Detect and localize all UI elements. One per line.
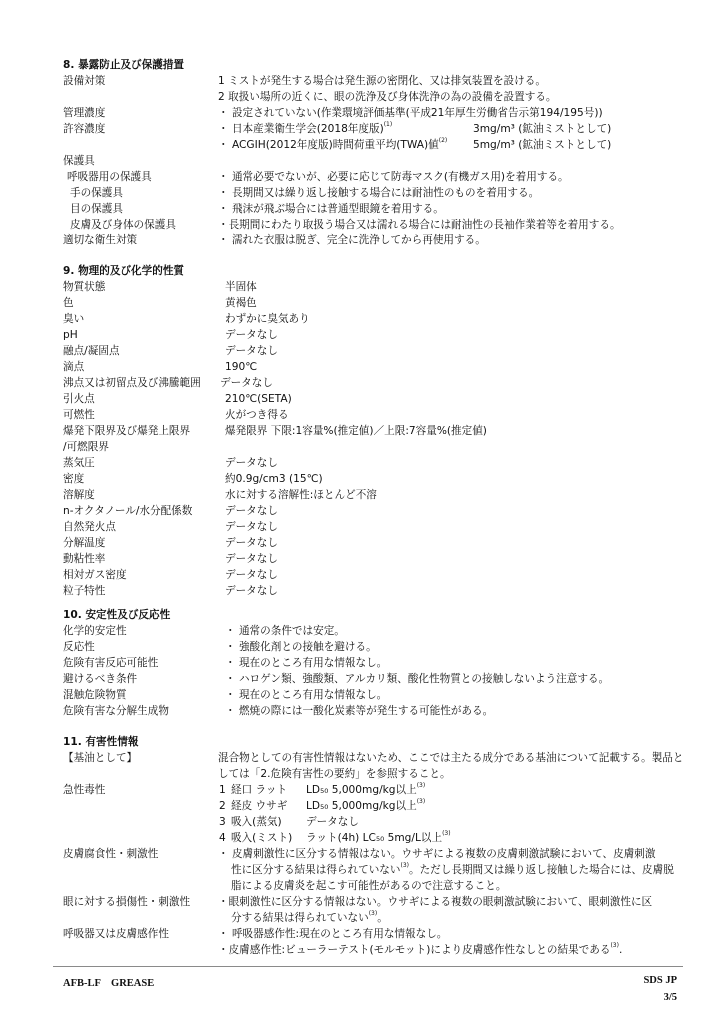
property-row: 融点/凝固点データなし xyxy=(0,343,723,359)
resp-value: ・ 通常必要でないが、必要に応じて防毒マスク(有機ガス用)を着用する。 xyxy=(218,169,569,185)
skin-line-2b: 。ただし長期間又は繰り返し接触した場合には、皮膚脱 xyxy=(409,864,674,876)
property-value: データなし xyxy=(225,583,278,599)
acute-result: 5mg/L以上 xyxy=(384,832,442,844)
hand-label: 手の保護具 xyxy=(70,185,123,201)
allow-label: 許容濃度 xyxy=(63,121,105,137)
property-row: 自然発火点データなし xyxy=(0,519,723,535)
stability-row: 反応性・ 強酸化剤との接触を避ける。 xyxy=(0,639,723,655)
acute-metric: LD xyxy=(306,800,320,812)
allow-1: ・ 日本産業衛生学会(2018年度版)(1) xyxy=(218,121,392,137)
acute-route: 吸入(ミスト) xyxy=(231,830,292,846)
acute-value: LD50 5,000mg/kg以上(3) xyxy=(306,782,425,799)
stability-label: 危険有害反応可能性 xyxy=(63,655,158,671)
sens-line-2-end: . xyxy=(619,944,622,956)
resp-row: 呼吸器用の保護具 ・ 通常必要でないが、必要に応じて防毒マスク(有機ガス用)を着… xyxy=(0,169,723,185)
acute-toxicity-row: 1経口 ラットLD50 5,000mg/kg以上(3) xyxy=(0,782,723,798)
property-value: データなし xyxy=(225,455,278,471)
property-value: わずかに臭気あり xyxy=(225,311,310,327)
ppe-row: 保護具 xyxy=(0,153,723,169)
acute-number: 1 xyxy=(219,782,226,798)
property-label: 溶解度 xyxy=(63,487,95,503)
allow-2-ref: (2) xyxy=(439,137,448,144)
property-label: 動粘性率 xyxy=(63,551,105,567)
property-value: 190℃ xyxy=(225,359,257,375)
acute-number: 4 xyxy=(219,830,226,846)
base-oil-row: 【基油として】 混合物としての有害性情報はないため、ここでは主たる成分である基油… xyxy=(0,750,723,766)
base-oil-line-2: しては「2.危険有害性の要約」を参照すること。 xyxy=(218,766,451,782)
allow-row-2: ・ ACGIH(2012年度版)時間荷重平均(TWA)値(2) 5mg/m³ (… xyxy=(0,137,723,153)
equipment-row-2: 2 取扱い場所の近くに、眼の洗浄及び身体洗浄の為の設備を設置する。 xyxy=(0,89,723,105)
property-label: 可燃性 xyxy=(63,407,95,423)
acute-toxicity-row: 4吸入(ミスト)ラット(4h) LC50 5mg/L以上(3) xyxy=(0,830,723,846)
acute-ref: (3) xyxy=(417,798,426,805)
stability-label: 混触危険物質 xyxy=(63,687,127,703)
property-label: pH xyxy=(63,327,78,343)
property-label: 色 xyxy=(63,295,74,311)
stability-value: ・ 通常の条件では安定。 xyxy=(225,623,345,639)
skin-label: 皮膚及び身体の保護具 xyxy=(70,217,176,233)
control-value: ・ 設定されていない(作業環境評価基準(平成21年厚生労働省告示第194/195… xyxy=(218,105,603,121)
eye-irritation-row-2: 分する結果は得られていない(3)。 xyxy=(0,910,723,926)
sensitization-row-2: ・皮膚感作性:ビューラーテスト(モルモット)により皮膚感作性なしとの結果である(… xyxy=(0,942,723,958)
acute-route: 経口 ラット xyxy=(231,782,287,798)
property-row: 引火点210℃(SETA) xyxy=(0,391,723,407)
eye-irritation-row: 眼に対する損傷性・刺激性 ・眼刺激性に区分する情報はない。ウサギによる複数の眼刺… xyxy=(0,894,723,910)
acute-route: 経皮 ウサギ xyxy=(231,798,287,814)
acute-toxicity-row: 3吸入(蒸気)データなし xyxy=(0,814,723,830)
property-label: n-オクタノール/水分配係数 xyxy=(63,503,192,519)
footer-divider xyxy=(53,966,683,967)
property-label: /可燃限界 xyxy=(63,439,109,455)
property-value: データなし xyxy=(225,327,278,343)
skin-irritation-row-3: 脂による皮膚炎を起こす可能性があるので注意すること。 xyxy=(0,878,723,894)
property-label: 融点/凝固点 xyxy=(63,343,120,359)
property-value: データなし xyxy=(225,343,278,359)
eye-line-2b: 。 xyxy=(377,912,388,924)
resp-label: 呼吸器用の保護具 xyxy=(67,169,152,185)
skin-irritation-row-2: 性に区分する結果は得られていない(3)。ただし長期間又は繰り返し接触した場合には… xyxy=(0,862,723,878)
skin-irritation-line-2: 性に区分する結果は得られていない(3)。ただし長期間又は繰り返し接触した場合には… xyxy=(231,862,674,878)
property-row: 可燃性火がつき得る xyxy=(0,407,723,423)
section-9-header-row: 9. 物理的及び化学的性質 xyxy=(0,263,723,279)
property-label: 物質状態 xyxy=(63,279,105,295)
sens-line-2-text: ・皮膚感作性:ビューラーテスト(モルモット)により皮膚感作性なしとの結果である xyxy=(218,944,610,956)
section-11-title: 11. 有害性情報 xyxy=(63,734,138,750)
section-10-title: 10. 安定性及び反応性 xyxy=(63,607,170,623)
property-value: 爆発限界 下限:1容量%(推定値)／上限:7容量%(推定値) xyxy=(225,423,487,439)
allow-1-text: ・ 日本産業衛生学会(2018年度版) xyxy=(218,123,384,135)
hygiene-row: 適切な衛生対策 ・ 濡れた衣服は脱ぎ、完全に洗浄してから再使用する。 xyxy=(0,232,723,248)
section-8-header-row: 8. 暴露防止及び保護措置 xyxy=(0,57,723,73)
hygiene-label: 適切な衛生対策 xyxy=(63,232,137,248)
acute-route: 吸入(蒸気) xyxy=(231,814,282,830)
property-label: 自然発火点 xyxy=(63,519,116,535)
property-value: データなし xyxy=(220,375,273,391)
property-row: 動粘性率データなし xyxy=(0,551,723,567)
property-row: /可燃限界 xyxy=(0,439,723,455)
property-label: 密度 xyxy=(63,471,84,487)
equipment-row: 設備対策 1 ミストが発生する場合は発生源の密閉化、又は排気装置を設ける。 xyxy=(0,73,723,89)
footer-page-number: 3/5 xyxy=(664,992,677,1003)
skin-row: 皮膚及び身体の保護具 ・長期間にわたり取扱う場合又は濡れる場合には耐油性の長袖作… xyxy=(0,217,723,233)
property-value: 半固体 xyxy=(225,279,257,295)
property-row: 色黄褐色 xyxy=(0,295,723,311)
skin-irritation-row: 皮膚腐食性・刺激性 ・ 皮膚刺激性に区分する情報はない。ウサギによる複数の皮膚刺… xyxy=(0,846,723,862)
stability-label: 避けるべき条件 xyxy=(63,671,137,687)
property-row: 物質状態半固体 xyxy=(0,279,723,295)
sensitization-line-1: ・ 呼吸器感作性:現在のところ有用な情報なし。 xyxy=(218,926,447,942)
section-9-title: 9. 物理的及び化学的性質 xyxy=(63,263,184,279)
equipment-value-1: 1 ミストが発生する場合は発生源の密閉化、又は排気装置を設ける。 xyxy=(218,73,546,89)
sensitization-row: 呼吸器又は皮膚感作性 ・ 呼吸器感作性:現在のところ有用な情報なし。 xyxy=(0,926,723,942)
property-row: 滴点190℃ xyxy=(0,359,723,375)
acute-metric-sub: 50 xyxy=(376,835,384,843)
eye-line-2a: 分する結果は得られていない xyxy=(231,912,369,924)
property-row: 相対ガス密度データなし xyxy=(0,567,723,583)
sensitization-label: 呼吸器又は皮膚感作性 xyxy=(63,926,169,942)
property-label: 蒸気圧 xyxy=(63,455,95,471)
acute-result: 5,000mg/kg以上 xyxy=(328,784,416,796)
control-label: 管理濃度 xyxy=(63,105,105,121)
footer-doc-type: SDS JP xyxy=(643,975,677,986)
ppe-label: 保護具 xyxy=(63,153,95,169)
eye-irritation-label: 眼に対する損傷性・刺激性 xyxy=(63,894,190,910)
property-label: 粒子特性 xyxy=(63,583,105,599)
section-11-header-row: 11. 有害性情報 xyxy=(0,734,723,750)
section-8-title: 8. 暴露防止及び保護措置 xyxy=(63,57,184,73)
stability-value: ・ 燃焼の際には一酸化炭素等が発生する可能性がある。 xyxy=(225,703,493,719)
property-label: 沸点又は初留点及び沸騰範囲 xyxy=(63,375,201,391)
stability-label: 危険有害な分解生成物 xyxy=(63,703,169,719)
property-label: 分解温度 xyxy=(63,535,105,551)
equipment-label: 設備対策 xyxy=(63,73,105,89)
property-label: 臭い xyxy=(63,311,84,327)
property-label: 引火点 xyxy=(63,391,95,407)
property-row: 沸点又は初留点及び沸騰範囲データなし xyxy=(0,375,723,391)
property-value: データなし xyxy=(225,535,278,551)
stability-row: 危険有害な分解生成物・ 燃焼の際には一酸化炭素等が発生する可能性がある。 xyxy=(0,703,723,719)
stability-label: 反応性 xyxy=(63,639,95,655)
sensitization-line-2: ・皮膚感作性:ビューラーテスト(モルモット)により皮膚感作性なしとの結果である(… xyxy=(218,942,622,958)
sds-page: 8. 暴露防止及び保護措置 設備対策 1 ミストが発生する場合は発生源の密閉化、… xyxy=(0,0,723,1024)
allow-2: ・ ACGIH(2012年度版)時間荷重平均(TWA)値(2) xyxy=(218,137,447,153)
stability-value: ・ 現在のところ有用な情報なし。 xyxy=(225,687,387,703)
property-value: 約0.9g/cm3 (15℃) xyxy=(225,471,323,487)
stability-value: ・ 現在のところ有用な情報なし。 xyxy=(225,655,387,671)
property-row: 分解温度データなし xyxy=(0,535,723,551)
property-row: 溶解度水に対する溶解性:ほとんど不溶 xyxy=(0,487,723,503)
equipment-value-2: 2 取扱い場所の近くに、眼の洗浄及び身体洗浄の為の設備を設置する。 xyxy=(218,89,557,105)
acute-metric: LD xyxy=(306,784,320,796)
acute-value: データなし xyxy=(306,814,359,831)
property-value: データなし xyxy=(225,551,278,567)
stability-row: 混触危険物質・ 現在のところ有用な情報なし。 xyxy=(0,687,723,703)
eye-irritation-line-2: 分する結果は得られていない(3)。 xyxy=(231,910,388,926)
control-row: 管理濃度 ・ 設定されていない(作業環境評価基準(平成21年厚生労働省告示第19… xyxy=(0,105,723,121)
skin-value: ・長期間にわたり取扱う場合又は濡れる場合には耐油性の長袖作業着等を着用する。 xyxy=(218,217,621,233)
property-row: 臭いわずかに臭気あり xyxy=(0,311,723,327)
sens-line-2-ref: (3) xyxy=(610,942,619,949)
acute-ref: (3) xyxy=(417,782,426,789)
stability-value: ・ 強酸化剤との接触を避ける。 xyxy=(225,639,377,655)
base-oil-line-1: 混合物としての有害性情報はないため、ここでは主たる成分である基油について記載する… xyxy=(218,750,684,766)
property-value: データなし xyxy=(225,567,278,583)
eye-value: ・ 飛沫が飛ぶ場合には普通型眼鏡を着用する。 xyxy=(218,201,444,217)
stability-row: 化学的安定性・ 通常の条件では安定。 xyxy=(0,623,723,639)
allow-2-value: 5mg/m³ (鉱油ミストとして) xyxy=(473,137,611,153)
hand-value: ・ 長期間又は繰り返し接触する場合には耐油性のものを着用する。 xyxy=(218,185,539,201)
allow-1-ref: (1) xyxy=(384,121,393,128)
property-value: 火がつき得る xyxy=(225,407,289,423)
acute-toxicity-row: 2経皮 ウサギLD50 5,000mg/kg以上(3) xyxy=(0,798,723,814)
allow-row-1: 許容濃度 ・ 日本産業衛生学会(2018年度版)(1) 3mg/m³ (鉱油ミス… xyxy=(0,121,723,137)
hand-row: 手の保護具 ・ 長期間又は繰り返し接触する場合には耐油性のものを着用する。 xyxy=(0,185,723,201)
property-label: 爆発下限界及び爆発上限界 xyxy=(63,423,190,439)
property-row: 蒸気圧データなし xyxy=(0,455,723,471)
acute-value: ラット(4h) LC50 5mg/L以上(3) xyxy=(306,830,451,847)
property-value: データなし xyxy=(225,503,278,519)
property-label: 相対ガス密度 xyxy=(63,567,127,583)
allow-2-text: ・ ACGIH(2012年度版)時間荷重平均(TWA)値 xyxy=(218,139,439,151)
acute-metric: ラット(4h) LC xyxy=(306,832,376,844)
eye-row: 目の保護具 ・ 飛沫が飛ぶ場合には普通型眼鏡を着用する。 xyxy=(0,201,723,217)
skin-irritation-line-1: ・ 皮膚刺激性に区分する情報はない。ウサギによる複数の皮膚刺激試験において、皮膚… xyxy=(218,846,656,862)
property-value: 水に対する溶解性:ほとんど不溶 xyxy=(225,487,377,503)
stability-value: ・ ハロゲン類、強酸類、アルカリ類、酸化性物質との接触しないよう注意する。 xyxy=(225,671,609,687)
acute-result: データなし xyxy=(306,816,359,828)
property-row: n-オクタノール/水分配係数データなし xyxy=(0,503,723,519)
acute-ref: (3) xyxy=(442,830,451,837)
property-row: 粒子特性データなし xyxy=(0,583,723,599)
acute-number: 2 xyxy=(219,798,226,814)
acute-value: LD50 5,000mg/kg以上(3) xyxy=(306,798,425,815)
property-value: 黄褐色 xyxy=(225,295,257,311)
skin-irritation-line-3: 脂による皮膚炎を起こす可能性があるので注意すること。 xyxy=(231,878,506,894)
footer-product: AFB-LF GREASE xyxy=(63,975,154,990)
property-row: 爆発下限界及び爆発上限界爆発限界 下限:1容量%(推定値)／上限:7容量%(推定… xyxy=(0,423,723,439)
property-label: 滴点 xyxy=(63,359,84,375)
base-oil-label: 【基油として】 xyxy=(63,750,137,766)
skin-line-2a: 性に区分する結果は得られていない xyxy=(231,864,401,876)
hygiene-value: ・ 濡れた衣服は脱ぎ、完全に洗浄してから再使用する。 xyxy=(218,232,486,248)
property-row: 密度約0.9g/cm3 (15℃) xyxy=(0,471,723,487)
eye-irritation-line-1: ・眼刺激性に区分する情報はない。ウサギによる複数の眼刺激試験において、眼刺激性に… xyxy=(218,894,652,910)
property-row: pHデータなし xyxy=(0,327,723,343)
stability-label: 化学的安定性 xyxy=(63,623,127,639)
base-oil-row-2: しては「2.危険有害性の要約」を参照すること。 xyxy=(0,766,723,782)
allow-1-value: 3mg/m³ (鉱油ミストとして) xyxy=(473,121,611,137)
skin-line-2-ref: (3) xyxy=(401,862,410,869)
acute-result: 5,000mg/kg以上 xyxy=(328,800,416,812)
eye-line-2-ref: (3) xyxy=(369,910,378,917)
acute-number: 3 xyxy=(219,814,226,830)
stability-row: 避けるべき条件・ ハロゲン類、強酸類、アルカリ類、酸化性物質との接触しないよう注… xyxy=(0,671,723,687)
skin-irritation-label: 皮膚腐食性・刺激性 xyxy=(63,846,158,862)
property-value: 210℃(SETA) xyxy=(225,391,292,407)
property-value: データなし xyxy=(225,519,278,535)
section-10-header-row: 10. 安定性及び反応性 xyxy=(0,607,723,623)
stability-row: 危険有害反応可能性・ 現在のところ有用な情報なし。 xyxy=(0,655,723,671)
eye-label: 目の保護具 xyxy=(70,201,123,217)
